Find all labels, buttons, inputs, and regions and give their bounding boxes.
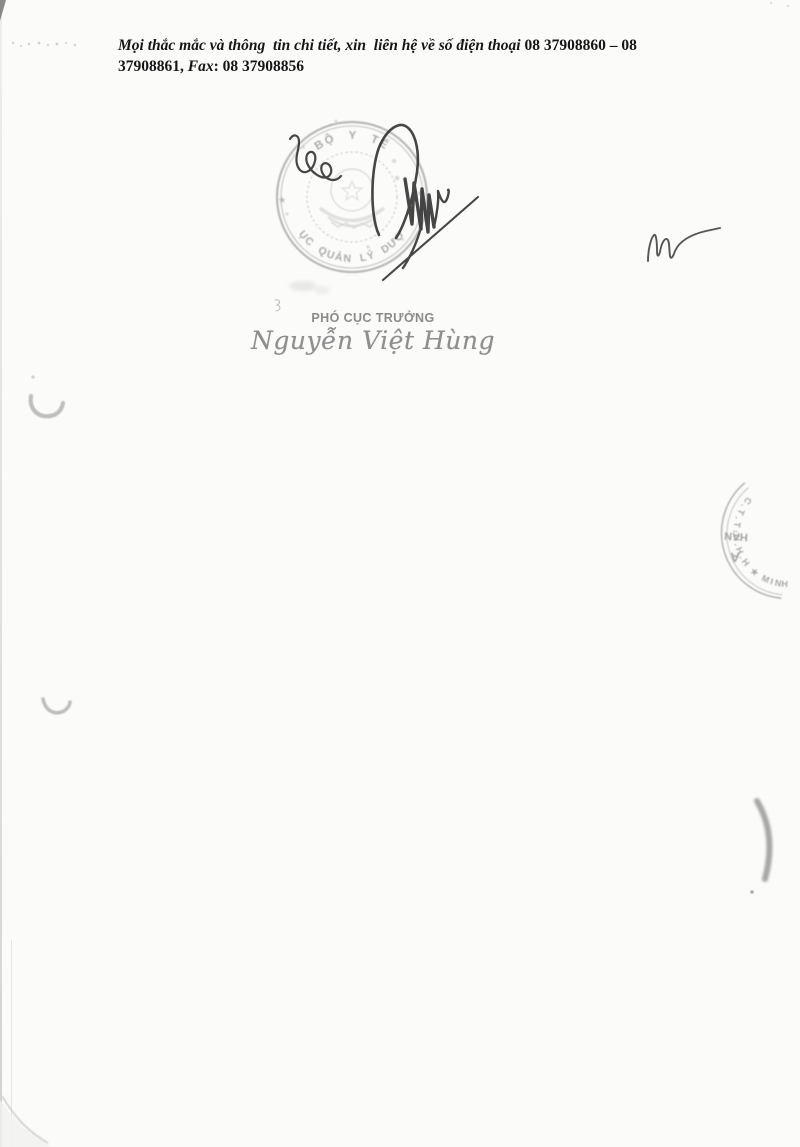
signature-hook [434, 190, 449, 227]
faint-specks-row [12, 2, 789, 47]
side-stamp-arc-letter: H [781, 579, 788, 589]
ink-smudge-right [750, 801, 769, 894]
side-stamp-arc-letter: T [732, 521, 743, 529]
side-stamp-arc-letter: ★ [748, 565, 761, 578]
binding-hole-crescent-upper [31, 396, 63, 416]
faint-smudge-a [289, 281, 317, 291]
faint-marks-below-stamp [275, 281, 330, 311]
side-stamp-inner-word: HẠN [724, 529, 749, 543]
round-stamp-top-text: BỘ Y TẾ [313, 130, 392, 153]
side-stamp-arc-letter: H [740, 557, 752, 568]
scan-marks-layer: BỘ Y TẾ CỤC QUẢN LÝ DƯỢC ★ ★ [0, 0, 800, 1147]
round-stamp-inner-ring [307, 152, 397, 242]
round-stamp-star-left: ★ [278, 196, 286, 206]
faint-squiggle-mark [275, 300, 280, 311]
side-stamp-inner-letter: A [729, 550, 740, 566]
binding-marks [31, 375, 70, 712]
scanned-document-page: Mọi thắc mắc và thông tin chi tiết, xin … [0, 0, 800, 1147]
round-stamp: BỘ Y TẾ CỤC QUẢN LÝ DƯỢC ★ ★ [0, 0, 427, 272]
scan-corner-nick [0, 0, 6, 21]
faint-smudge-b [314, 286, 330, 294]
paraph-stroke [648, 228, 720, 261]
page-curl-bottom-left [0, 1096, 52, 1147]
handwritten-paraph [648, 228, 720, 261]
side-stamp: C.T.T.N.H.H ★ MINH HẠN A [722, 483, 789, 598]
signature-dense-zigzag [405, 179, 434, 232]
binding-mark-dot [31, 375, 34, 378]
side-stamp-arc-letter: . [734, 516, 744, 521]
binding-hole-crescent-lower [43, 699, 70, 713]
ink-smudge-dot [750, 890, 754, 894]
ink-smudge-curve [757, 801, 769, 879]
